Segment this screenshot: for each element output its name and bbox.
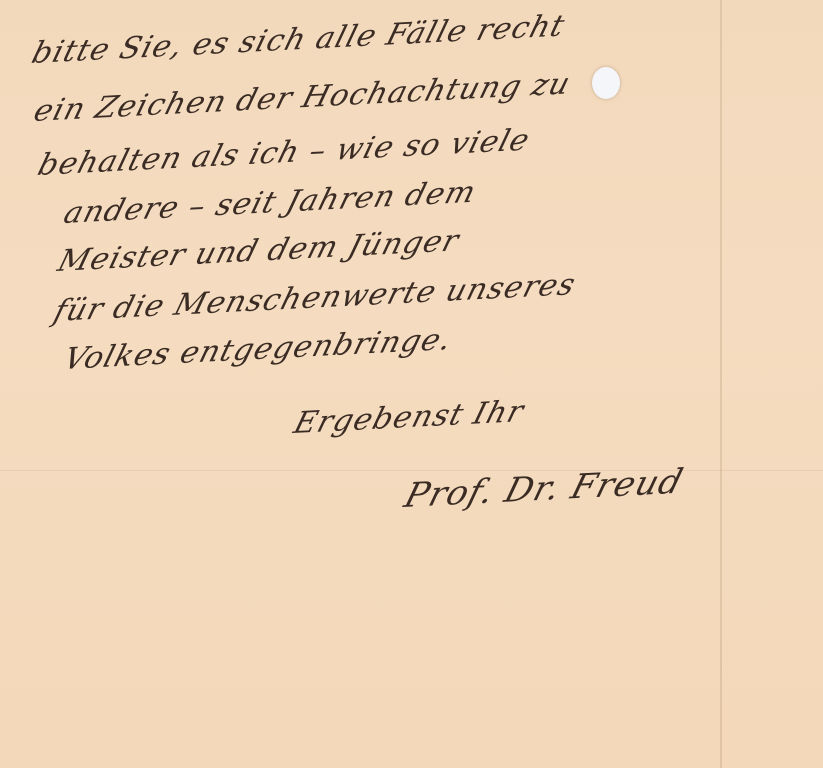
paper-fold-vertical [720, 0, 722, 768]
punch-hole [592, 67, 620, 99]
letter-line-1: bitte Sie, es sich alle Fälle recht [28, 9, 569, 71]
letter-closing: Ergebenst Ihr [290, 394, 528, 441]
letter-line-5: Meister und dem Jünger [54, 223, 463, 279]
letter-line-6: für die Menschenwerte unseres [50, 267, 580, 329]
letter-line-3: behalten als ich – wie so viele [34, 123, 534, 183]
letter-line-7: Volkes entgegenbringe. [60, 322, 456, 377]
letter-line-4: andere – seit Jahren dem [60, 175, 480, 231]
letter-line-2: ein Zeichen der Hochachtung zu [30, 66, 575, 129]
letter-page: bitte Sie, es sich alle Fälle recht ein … [0, 0, 823, 768]
paper-fold-horizontal [0, 470, 823, 471]
